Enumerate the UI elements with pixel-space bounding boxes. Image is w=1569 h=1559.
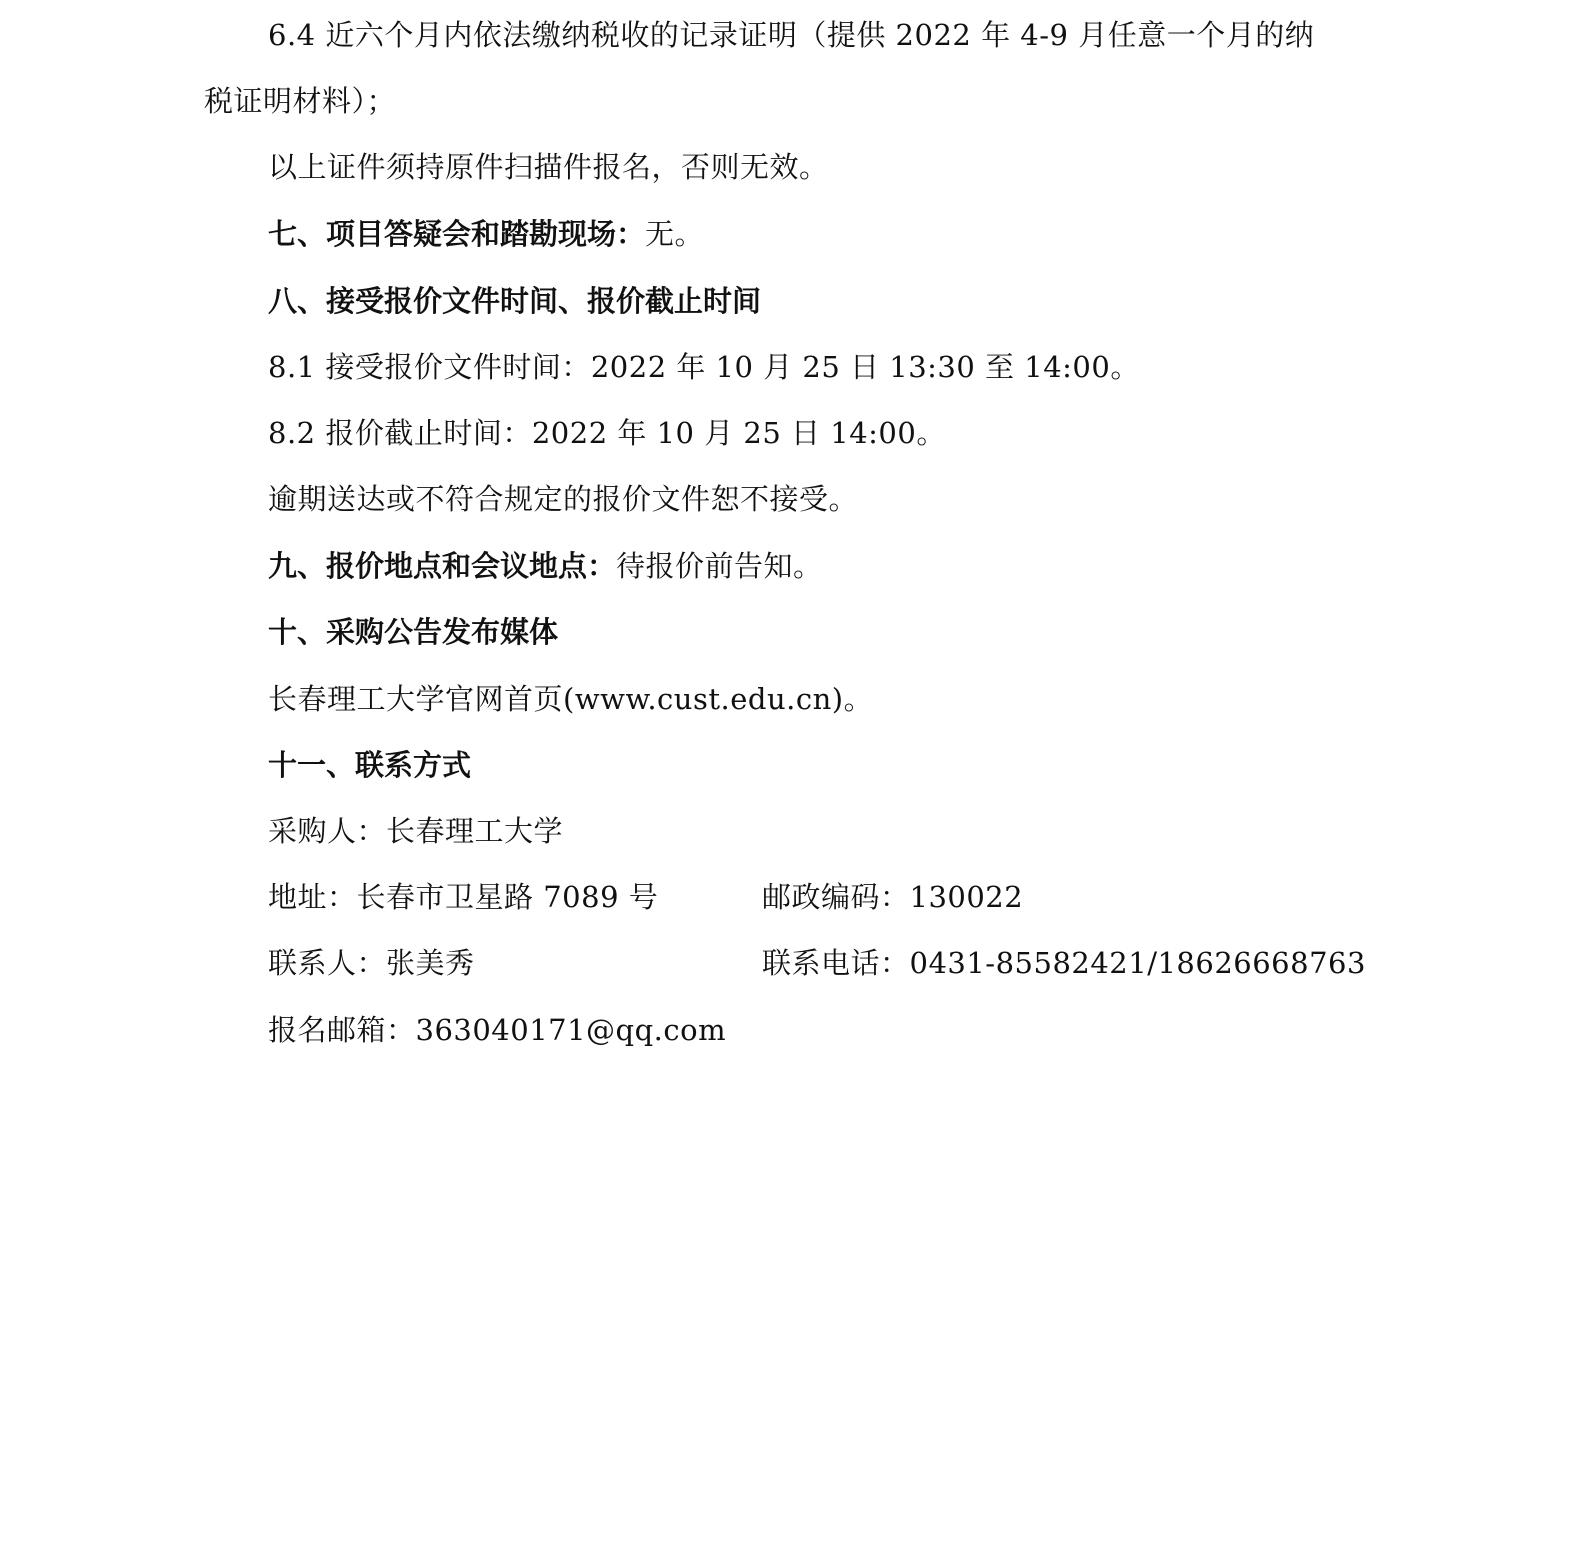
- contact-person: 联系人：张美秀: [268, 943, 475, 983]
- section-7-heading: 七、项目答疑会和踏勘现场：: [268, 217, 645, 251]
- section-9-heading: 九、报价地点和会议地点：: [268, 549, 616, 583]
- section-10-heading: 十、采购公告发布媒体: [268, 612, 558, 652]
- section-8-heading: 八、接受报价文件时间、报价截止时间: [268, 281, 761, 321]
- section-6-4-line1: 6.4 近六个月内依法缴纳税收的记录证明（提供 2022 年 4-9 月任意一个…: [268, 15, 1314, 55]
- item-8-2: 8.2 报价截止时间：2022 年 10 月 25 日 14:00。: [268, 413, 946, 453]
- postcode: 邮政编码：130022: [762, 877, 1023, 917]
- section-7-value: 无。: [645, 217, 704, 251]
- registration-email: 报名邮箱：363040171@qq.com: [268, 1010, 726, 1050]
- purchaser: 采购人：长春理工大学: [268, 811, 563, 851]
- item-8-1: 8.1 接受报价文件时间：2022 年 10 月 25 日 13:30 至 14…: [268, 347, 1140, 387]
- section-7: 七、项目答疑会和踏勘现场：无。: [268, 214, 704, 254]
- contact-phone: 联系电话：0431-85582421/18626668763: [762, 943, 1366, 983]
- scan-note: 以上证件须持原件扫描件报名，否则无效。: [268, 147, 829, 187]
- section-11-heading: 十一、联系方式: [268, 745, 471, 785]
- late-submission-note: 逾期送达或不符合规定的报价文件恕不接受。: [268, 479, 858, 519]
- address: 地址：长春市卫星路 7089 号: [268, 877, 658, 917]
- section-9-value: 待报价前告知。: [616, 549, 823, 583]
- section-9: 九、报价地点和会议地点：待报价前告知。: [268, 546, 823, 586]
- section-6-4-line2: 税证明材料）；: [204, 81, 396, 121]
- section-10-value: 长春理工大学官网首页(www.cust.edu.cn)。: [268, 679, 873, 719]
